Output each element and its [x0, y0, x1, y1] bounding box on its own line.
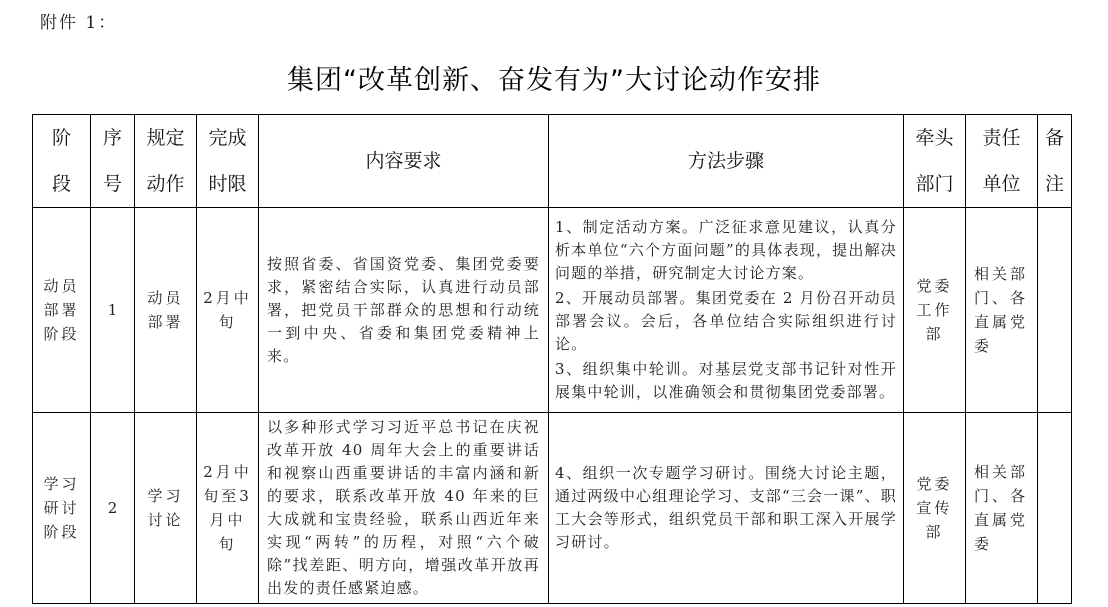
cell-action: 动员部署: [135, 208, 197, 413]
cell-lead-dept: 党委工作部: [904, 208, 966, 413]
cell-number: 1: [91, 208, 135, 413]
table-header-row: 阶段 序号 规定动作 完成时限 内容要求 方法步骤 牵头部门 责任单位 备注: [33, 115, 1072, 208]
cell-stage: 学习研讨阶段: [33, 413, 91, 604]
attachment-label: 附件 1：: [40, 8, 117, 33]
method-step: 1、制定活动方案。广泛征求意见建议，认真分析本单位“六个方面问题”的具体表现，提…: [549, 215, 903, 286]
header-number: 序号: [91, 115, 135, 208]
header-responsible: 责任单位: [966, 115, 1038, 208]
cell-methods: 4、组织一次专题学习研讨。围绕大讨论主题，通过两级中心组理论学习、支部“三会一课…: [549, 413, 904, 604]
header-methods: 方法步骤: [549, 115, 904, 208]
action-plan-table: 阶段 序号 规定动作 完成时限 内容要求 方法步骤 牵头部门 责任单位 备注 动…: [32, 114, 1072, 604]
cell-remarks: [1038, 208, 1072, 413]
header-lead-dept: 牵头部门: [904, 115, 966, 208]
cell-lead-dept: 党委宣传部: [904, 413, 966, 604]
cell-methods: 1、制定活动方案。广泛征求意见建议，认真分析本单位“六个方面问题”的具体表现，提…: [549, 208, 904, 413]
header-action: 规定动作: [135, 115, 197, 208]
method-step: 2、开展动员部署。集团党委在 2 月份召开动员部署会议。会后，各单位结合实际组织…: [549, 286, 903, 357]
cell-deadline: 2月中旬至3月中旬: [197, 413, 259, 604]
header-remarks: 备注: [1038, 115, 1072, 208]
method-step: 3、组织集中轮训。对基层党支部书记针对性开展集中轮训，以准确领会和贯彻集团党委部…: [549, 357, 903, 405]
method-step: 4、组织一次专题学习研讨。围绕大讨论主题，通过两级中心组理论学习、支部“三会一课…: [549, 461, 903, 555]
cell-number: 2: [91, 413, 135, 604]
header-stage: 阶段: [33, 115, 91, 208]
header-content: 内容要求: [259, 115, 549, 208]
cell-action: 学习讨论: [135, 413, 197, 604]
header-deadline: 完成时限: [197, 115, 259, 208]
table-row: 学习研讨阶段 2 学习讨论 2月中旬至3月中旬 以多种形式学习习近平总书记在庆祝…: [33, 413, 1072, 604]
cell-deadline: 2月中旬: [197, 208, 259, 413]
cell-responsible: 相关部门、各直属党委: [966, 413, 1038, 604]
table-row: 动员部署阶段 1 动员部署 2月中旬 按照省委、省国资党委、集团党委要求，紧密结…: [33, 208, 1072, 413]
cell-content: 按照省委、省国资党委、集团党委要求，紧密结合实际，认真进行动员部署，把党员干部群…: [259, 208, 549, 413]
cell-stage: 动员部署阶段: [33, 208, 91, 413]
cell-responsible: 相关部门、各直属党委: [966, 208, 1038, 413]
cell-content: 以多种形式学习习近平总书记在庆祝改革开放 40 周年大会上的重要讲话和视察山西重…: [259, 413, 549, 604]
document-title: 集团“改革创新、奋发有为”大讨论动作安排: [0, 58, 1108, 97]
cell-remarks: [1038, 413, 1072, 604]
